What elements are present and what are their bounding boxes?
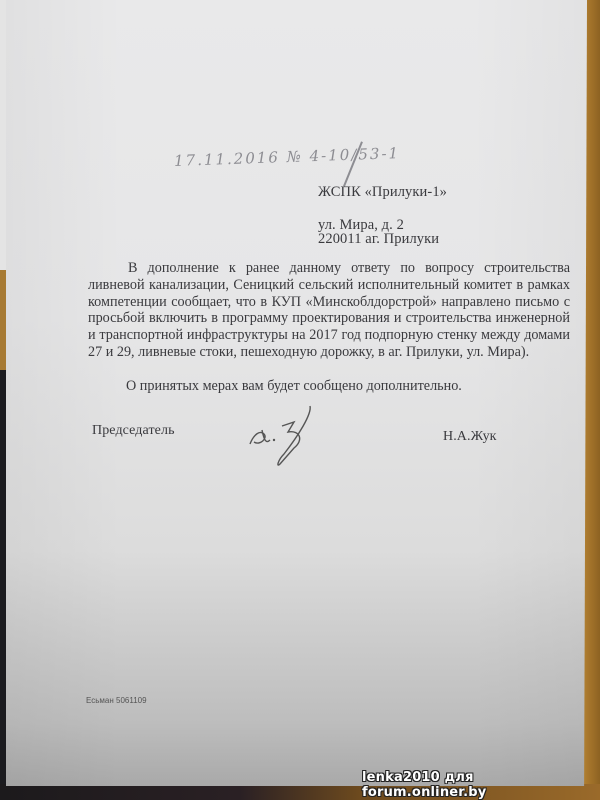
signatory-name: Н.А.Жук xyxy=(443,428,497,445)
body-paragraph-2: О принятых мерах вам будет сообщено допо… xyxy=(88,378,570,395)
letter-page: 17.11.2016 № 4-10/53-1 ЖСПК «Прилуки-1» … xyxy=(6,0,587,786)
executor-note: Есьман 5061109 xyxy=(86,696,147,705)
handwritten-slash xyxy=(343,141,363,186)
watermark: lenka2010 для forum.onliner.by xyxy=(362,770,600,800)
addressee-postal-city: 220011 аг. Прилуки xyxy=(318,232,439,247)
addressee-organization: ЖСПК «Прилуки-1» xyxy=(318,184,447,201)
registration-number: 17.11.2016 № 4-10/53-1 xyxy=(174,144,401,170)
handwritten-signature-icon xyxy=(242,400,326,470)
table-surface-left xyxy=(0,270,6,370)
body-paragraph-1: В дополнение к ранее данному ответу по в… xyxy=(88,260,570,361)
addressee-street: ул. Мира, д. 2 xyxy=(318,218,404,233)
signatory-title: Председатель xyxy=(92,422,175,439)
